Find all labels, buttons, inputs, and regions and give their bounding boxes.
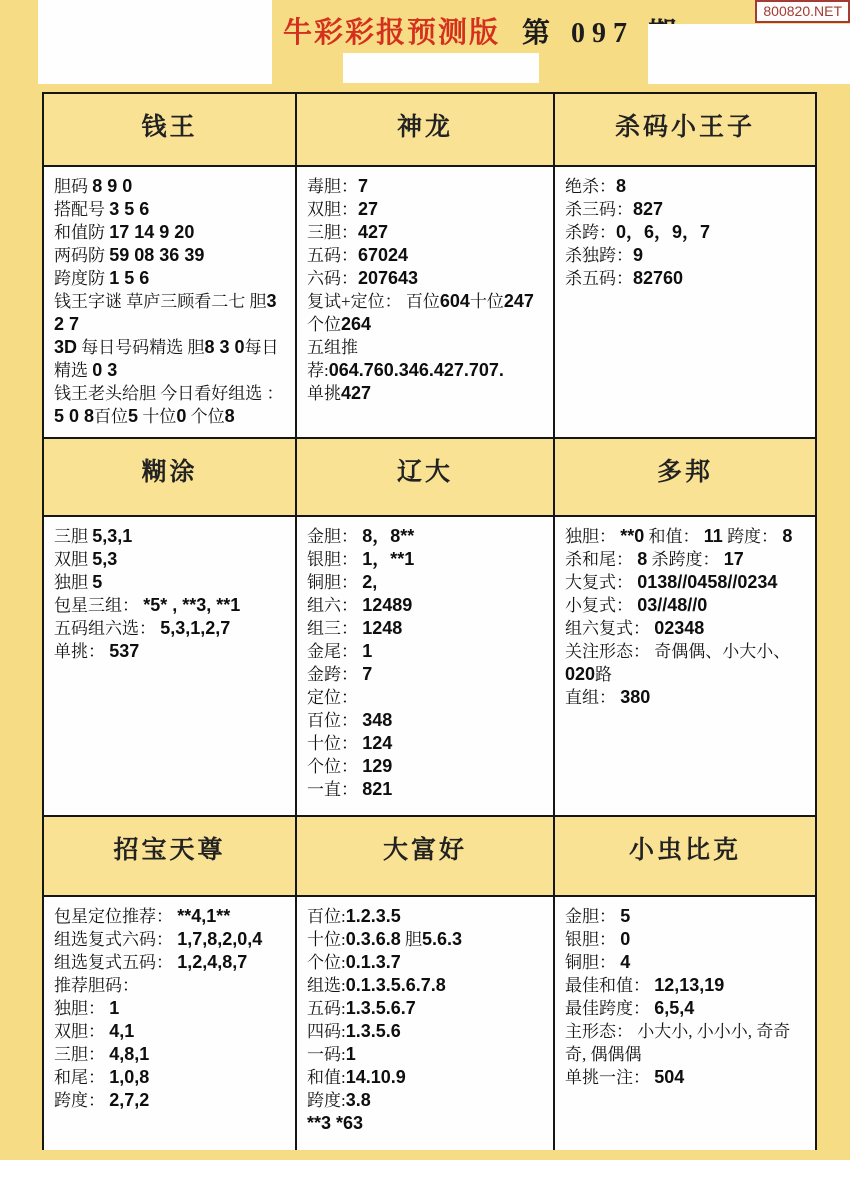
prediction-line: 绝杀：8 — [565, 175, 807, 198]
panel-title-xiaochong-bike: 小虫比克 — [555, 815, 817, 897]
panel-body-duobang: 独胆： **0 和值： 11 跨度： 8 杀和尾： 8 杀跨度： 17大复式： … — [555, 517, 817, 815]
prediction-line: 金尾： 1 — [307, 640, 545, 663]
prediction-line: 组三： 1248 — [307, 617, 545, 640]
prediction-line: 一码:1 — [307, 1043, 545, 1066]
prediction-line: 杀三码：827 — [565, 198, 807, 221]
panel-body-qianwang: 胆码 8 9 0搭配号 3 5 6和值防 17 14 9 20两码防 59 08… — [44, 167, 297, 437]
prediction-line: 三胆 5,3,1 — [54, 525, 287, 548]
panel-body-dafuhao: 百位:1.2.3.5十位:0.3.6.8 胆5.6.3个位:0.1.3.7组选:… — [297, 897, 555, 1150]
prediction-line: 单挑427 — [307, 382, 545, 405]
prediction-line: 杀独跨：9 — [565, 244, 807, 267]
prediction-line: 钱王老头给胆 今日看好组选 ： 5 0 8百位5 十位0 个位8 — [54, 382, 287, 428]
panel-body-shama-xiaowangzi: 绝杀：8杀三码：827杀跨：0，6，9，7杀独跨：9杀五码：82760 — [555, 167, 817, 437]
prediction-line: 个位： 129 — [307, 755, 545, 778]
prediction-line: 十位： 124 — [307, 732, 545, 755]
prediction-line: 和尾： 1,0,8 — [54, 1066, 287, 1089]
prediction-line: 关注形态： 奇偶偶、小大小、020路 — [565, 640, 807, 686]
prediction-line: 个位:0.1.3.7 — [307, 951, 545, 974]
prediction-line: 单挑： 537 — [54, 640, 287, 663]
panel-title-text: 糊涂 — [141, 452, 197, 488]
prediction-line: 双胆：27 — [307, 198, 545, 221]
panel-title-text: 神龙 — [397, 107, 453, 143]
panel-body-shenlong: 毒胆：7双胆：27三胆：427五码：67024六码：207643复试+定位： 百… — [297, 167, 555, 437]
blank-overlay-top-left — [38, 0, 272, 84]
panel-body-xiaochong-bike: 金胆： 5银胆： 0铜胆： 4最佳和值： 12,13,19最佳跨度： 6,5,4… — [555, 897, 817, 1150]
prediction-line: 和值:14.10.9 — [307, 1066, 545, 1089]
prediction-line: 毒胆：7 — [307, 175, 545, 198]
prediction-line: 双胆 5,3 — [54, 548, 287, 571]
prediction-line: 组选:0.1.3.5.6.7.8 — [307, 974, 545, 997]
prediction-line: 金胆： 8，8** — [307, 525, 545, 548]
prediction-line: 金胆： 5 — [565, 905, 807, 928]
panel-title-liaoda: 辽大 — [297, 437, 555, 517]
prediction-line: 独胆： 1 — [54, 997, 287, 1020]
panel-body-zhaobao-tianzun: 包星定位推荐： **4,1**组选复式六码： 1,7,8,2,0,4组选复式五码… — [44, 897, 297, 1150]
prediction-line: 铜胆： 4 — [565, 951, 807, 974]
prediction-line: 大复式： 0138//0458//0234 — [565, 571, 807, 594]
prediction-line: 复试+定位： 百位604十位247个位264 — [307, 290, 545, 336]
prediction-line: 组六复式： 02348 — [565, 617, 807, 640]
panel-title-shama-xiaowangzi: 杀码小王子 — [555, 92, 817, 167]
prediction-line: 铜胆： 2, — [307, 571, 545, 594]
prediction-line: 杀跨：0，6，9，7 — [565, 221, 807, 244]
prediction-line: 杀五码：82760 — [565, 267, 807, 290]
prediction-line: 一直： 821 — [307, 778, 545, 801]
panel-title-zhaobao-tianzun: 招宝天尊 — [44, 815, 297, 897]
prediction-line: 钱王字谜 草庐三顾看二七 胆3 2 7 — [54, 290, 287, 336]
prediction-line: 3D 每日号码精选 胆8 3 0每日精选 0 3 — [54, 336, 287, 382]
panel-title-duobang: 多邦 — [555, 437, 817, 517]
prediction-line: 小复式： 03//48//0 — [565, 594, 807, 617]
prediction-line: 三胆：427 — [307, 221, 545, 244]
prediction-line: 百位： 348 — [307, 709, 545, 732]
prediction-line: **3 *63 — [307, 1112, 545, 1135]
panel-title-text: 杀码小王子 — [615, 107, 755, 143]
masthead-title: 牛彩彩报预测版第 097 期 — [283, 10, 683, 51]
prediction-line: 六码：207643 — [307, 267, 545, 290]
prediction-line: 银胆： 1，**1 — [307, 548, 545, 571]
prediction-line: 包星定位推荐： **4,1** — [54, 905, 287, 928]
prediction-line: 跨度防 1 5 6 — [54, 267, 287, 290]
prediction-line: 五码：67024 — [307, 244, 545, 267]
blank-overlay-top-right — [648, 24, 850, 84]
prediction-line: 五码:1.3.5.6.7 — [307, 997, 545, 1020]
prediction-line: 百位:1.2.3.5 — [307, 905, 545, 928]
prediction-line: 单挑一注： 504 — [565, 1066, 807, 1089]
prediction-line: 主形态： 小大小, 小小小, 奇奇奇, 偶偶偶 — [565, 1020, 807, 1066]
panel-title-qianwang: 钱王 — [44, 92, 297, 167]
panel-title-text: 大富好 — [383, 830, 467, 866]
prediction-line: 四码:1.3.5.6 — [307, 1020, 545, 1043]
panel-title-text: 辽大 — [397, 452, 453, 488]
panel-title-hutu: 糊涂 — [44, 437, 297, 517]
prediction-line: 推荐胆码： — [54, 974, 287, 997]
prediction-line: 双胆： 4,1 — [54, 1020, 287, 1043]
prediction-line: 五组推荐:064.760.346.427.707. — [307, 336, 545, 382]
panel-title-shenlong: 神龙 — [297, 92, 555, 167]
prediction-line: 金跨： 7 — [307, 663, 545, 686]
prediction-line: 跨度:3.8 — [307, 1089, 545, 1112]
prediction-line: 组六： 12489 — [307, 594, 545, 617]
prediction-line: 最佳跨度： 6,5,4 — [565, 997, 807, 1020]
prediction-line: 直组： 380 — [565, 686, 807, 709]
prediction-line: 组选复式六码： 1,7,8,2,0,4 — [54, 928, 287, 951]
prediction-line: 定位： — [307, 686, 545, 709]
prediction-line: 最佳和值： 12,13,19 — [565, 974, 807, 997]
prediction-line: 组选复式五码： 1,2,4,8,7 — [54, 951, 287, 974]
prediction-line: 两码防 59 08 36 39 — [54, 244, 287, 267]
panel-title-dafuhao: 大富好 — [297, 815, 555, 897]
prediction-line: 五码组六选： 5,3,1,2,7 — [54, 617, 287, 640]
lottery-bulletin-page: 牛彩彩报预测版第 097 期 800820.NET 钱王 神龙 杀码小王子 胆码… — [0, 0, 850, 1202]
prediction-line: 和值防 17 14 9 20 — [54, 221, 287, 244]
prediction-line: 胆码 8 9 0 — [54, 175, 287, 198]
prediction-line: 独胆 5 — [54, 571, 287, 594]
prediction-line: 银胆： 0 — [565, 928, 807, 951]
panel-title-text: 小虫比克 — [629, 830, 741, 866]
blank-overlay-under-title — [343, 53, 539, 83]
prediction-line: 包星三组： *5* , **3, **1 — [54, 594, 287, 617]
prediction-line: 三胆： 4,8,1 — [54, 1043, 287, 1066]
site-badge: 800820.NET — [755, 0, 850, 23]
bottom-white-strip — [0, 1160, 850, 1202]
panel-body-hutu: 三胆 5,3,1双胆 5,3独胆 5包星三组： *5* , **3, **1五码… — [44, 517, 297, 815]
panel-title-text: 多邦 — [657, 452, 713, 488]
prediction-line: 跨度： 2,7,2 — [54, 1089, 287, 1112]
prediction-line: 独胆： **0 和值： 11 跨度： 8 杀和尾： 8 杀跨度： 17 — [565, 525, 807, 571]
panel-title-text: 钱王 — [141, 107, 197, 143]
publication-title: 牛彩彩报预测版 — [283, 17, 500, 49]
panel-title-text: 招宝天尊 — [113, 830, 225, 866]
panel-body-liaoda: 金胆： 8，8**银胆： 1，**1铜胆： 2,组六： 12489组三： 124… — [297, 517, 555, 815]
prediction-line: 搭配号 3 5 6 — [54, 198, 287, 221]
prediction-line: 十位:0.3.6.8 胆5.6.3 — [307, 928, 545, 951]
prediction-grid: 钱王 神龙 杀码小王子 胆码 8 9 0搭配号 3 5 6和值防 17 14 9… — [42, 92, 815, 1150]
